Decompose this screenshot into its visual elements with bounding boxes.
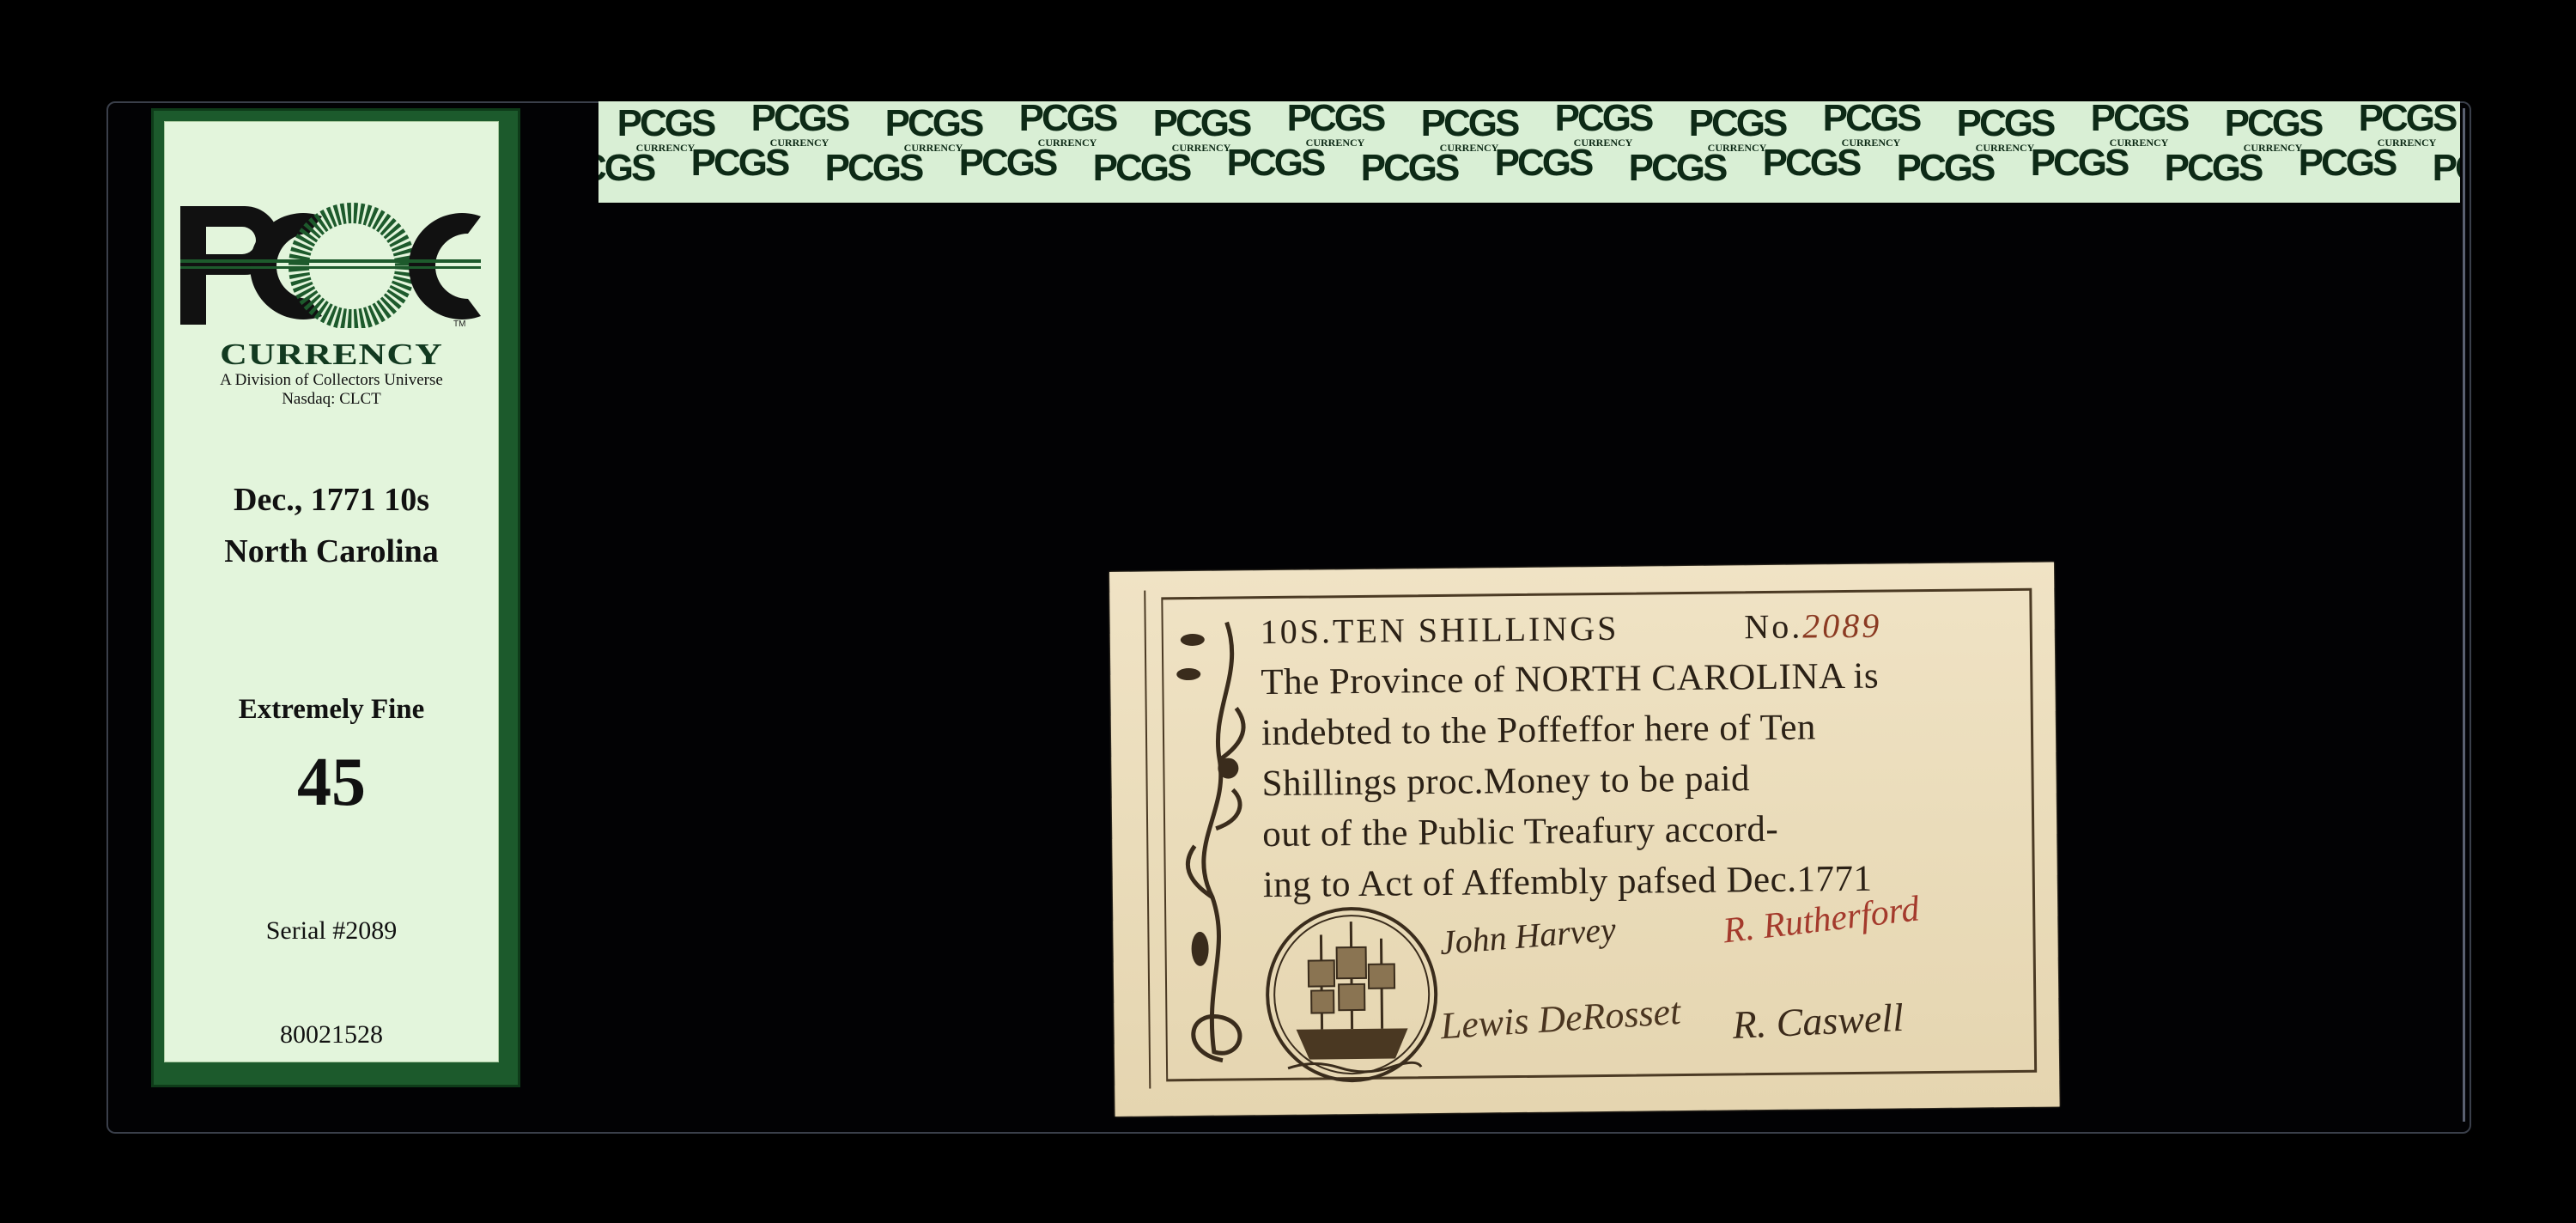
strip-logo-text: PCGS <box>1670 105 1804 143</box>
note-outer-rule <box>1144 591 1151 1089</box>
strip-logo-tile: PCGS <box>1610 149 1744 187</box>
strip-logo-text: PCGS <box>1000 101 1134 137</box>
holder-edge <box>2463 108 2465 1122</box>
strip-logo-text: PCGS <box>1134 105 1268 143</box>
strip-logo-tile: PCGS <box>1878 149 2012 187</box>
strip-logo-text: PCGS <box>866 105 1000 143</box>
strip-logo-tile: PCGS <box>1342 149 1476 187</box>
grade-name: Extremely Fine <box>165 694 498 726</box>
body-line: indebted to the Poffeffor here of Ten <box>1261 700 2018 758</box>
strip-logo-text: PCGS <box>598 149 672 187</box>
strip-logo-text: PCGS <box>1804 101 1938 137</box>
strip-logo-text: PCGS <box>1610 149 1744 187</box>
strip-logo-text: PCGS <box>732 101 866 137</box>
strip-logo-text: PCGS <box>1342 149 1476 187</box>
strip-logo-tile: PCGSCURRENCY <box>2072 101 2206 148</box>
strip-logo-text: PCGS <box>1268 101 1402 137</box>
grade-label-panel: TM CURRENCY A Division of Collectors Uni… <box>164 121 499 1062</box>
strip-logo-tile: PCGSCURRENCY <box>1000 101 1134 148</box>
strip-logo-tile: PCGSCURRENCY <box>2340 101 2460 148</box>
serial-text: Serial #2089 <box>165 916 498 946</box>
nasdaq-line: Nasdaq: CLCT <box>165 390 498 409</box>
security-strip: PCGSCURRENCYPCGSCURRENCYPCGSCURRENCYPCGS… <box>598 101 2460 203</box>
cert-number: 80021528 <box>165 1020 498 1050</box>
denomination-header: 10S.TEN SHILLINGS <box>1261 609 1619 651</box>
note-serial-number: 2089 <box>1802 606 1881 646</box>
strip-logo-tile: PCGS <box>1074 149 1208 187</box>
strip-logo-tile: PCGS <box>2012 144 2146 182</box>
strip-logo-tile: PCGS <box>940 144 1074 182</box>
note-header: 10S.TEN SHILLINGS No.2089 <box>1260 599 2016 657</box>
trademark: TM <box>453 319 465 329</box>
ship-seal-icon <box>1261 899 1443 1086</box>
body-line: Shillings proc.Money to be paid <box>1261 751 2018 809</box>
strip-logo-tile: PCGSCURRENCY <box>1536 101 1670 148</box>
signature: R. Caswell <box>1731 995 1905 1048</box>
strip-logo-text: PCGS <box>598 105 732 143</box>
strip-logo-tile: PCGS <box>2414 149 2460 187</box>
body-line: out of the Public Treafury accord- <box>1262 801 2019 860</box>
grade-label: TM CURRENCY A Division of Collectors Uni… <box>151 108 520 1087</box>
strip-logo-tile: PCGS <box>1208 144 1342 182</box>
vine-ornament-icon <box>1166 605 1266 1074</box>
strip-logo-text: PCGS <box>2072 101 2206 137</box>
strip-logo-tile: PCGS <box>1744 144 1878 182</box>
strip-logo-text: PCGS <box>1476 144 1610 182</box>
strip-logo-tile: PCGSCURRENCY <box>1804 101 1938 148</box>
strip-logo-text: PCGS <box>1744 144 1878 182</box>
strip-logo-tile: PCGS <box>672 144 806 182</box>
strip-logo-text: PCGS <box>1074 149 1208 187</box>
logo-subtitle: CURRENCY <box>165 337 498 372</box>
strip-logo-tile: PCGS <box>598 149 672 187</box>
strip-logo-text: PCGS <box>1208 144 1342 182</box>
pcgs-logo-icon <box>180 199 486 328</box>
strip-logo-text: PCGS <box>2206 105 2340 143</box>
strip-logo-text: PCGS <box>1402 105 1536 143</box>
note-description: Dec., 1771 10s <box>165 481 498 519</box>
strip-logo-text: PCGS <box>940 144 1074 182</box>
grade-number: 45 <box>165 744 498 822</box>
strip-logo-text: PCGS <box>1536 101 1670 137</box>
strip-row-bottom: PCGSPCGSPCGSPCGSPCGSPCGSPCGSPCGSPCGSPCGS… <box>598 149 2460 187</box>
strip-logo-text: PCGS <box>2146 149 2280 187</box>
strip-logo-text: PCGS <box>1878 149 2012 187</box>
strip-logo-tile: PCGSCURRENCY <box>732 101 866 148</box>
strip-logo-text: PCGS <box>2414 149 2460 187</box>
strip-logo-text: PCGS <box>672 144 806 182</box>
strip-logo-tile: PCGSCURRENCY <box>1268 101 1402 148</box>
strip-logo-text: PCGS <box>2012 144 2146 182</box>
note-text: 10S.TEN SHILLINGS No.2089 The Province o… <box>1260 599 2019 910</box>
note-state: North Carolina <box>165 532 498 570</box>
strip-logo-tile: PCGS <box>1476 144 1610 182</box>
body-line: The Province of NORTH CAROLINA is <box>1261 649 2017 708</box>
strip-logo-text: PCGS <box>1938 105 2072 143</box>
strip-logo-tile: PCGS <box>2146 149 2280 187</box>
strip-logo-text: PCGS <box>2340 101 2460 137</box>
banknote: 10S.TEN SHILLINGS No.2089 The Province o… <box>1109 562 2060 1116</box>
strip-logo-text: PCGS <box>806 149 940 187</box>
strip-logo-tile: PCGS <box>806 149 940 187</box>
strip-logo-text: PCGS <box>2280 144 2414 182</box>
number-prefix: No. <box>1744 607 1802 647</box>
division-line: A Division of Collectors Universe <box>165 371 498 390</box>
strip-logo-tile: PCGS <box>2280 144 2414 182</box>
